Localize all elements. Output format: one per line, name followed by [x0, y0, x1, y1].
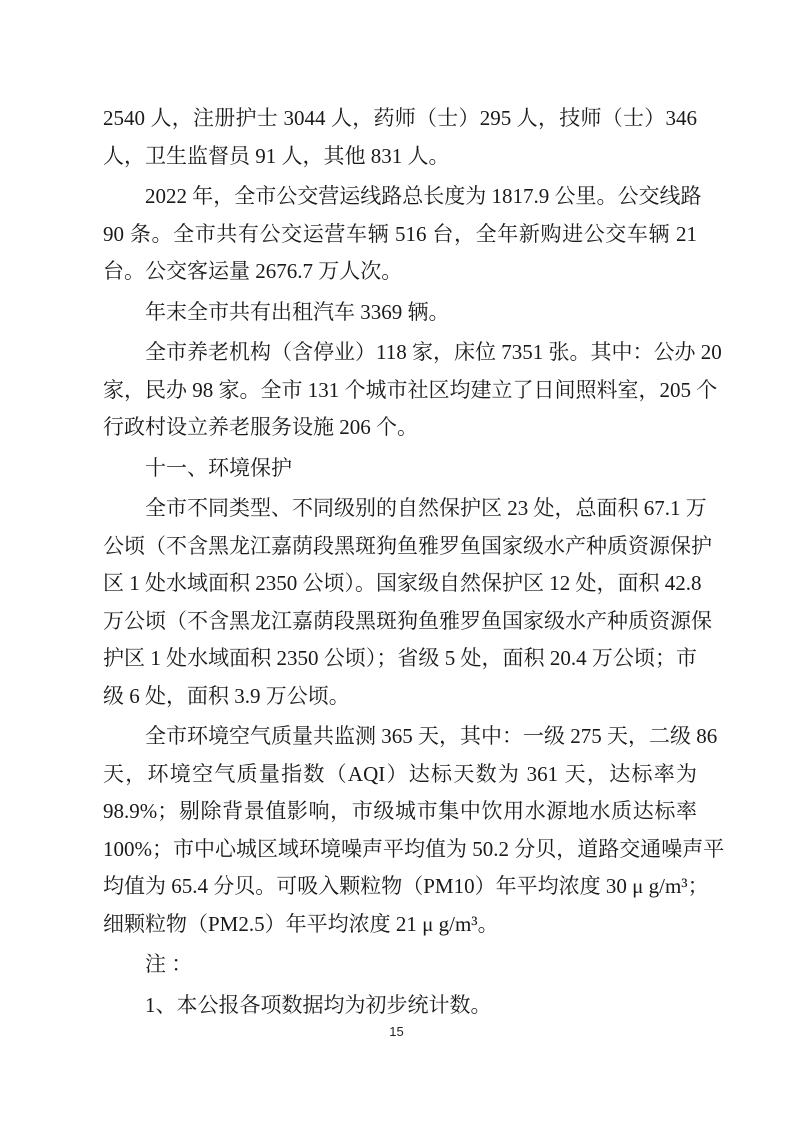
stat-air-quality: 全市环境空气质量共监测 365 天，其中：一级 275 天，二级 86天，环境空… [103, 718, 697, 943]
text-line: 全市环境空气质量共监测 365 天，其中：一级 275 天，二级 86 [103, 718, 697, 756]
note-1: 1、本公报各项数据均为初步统计数。 [103, 987, 697, 1025]
text-line: 全市养老机构（含停业）118 家，床位 7351 张。其中：公办 20 [103, 334, 697, 372]
text-line: 年末全市共有出租汽车 3369 辆。 [103, 294, 697, 332]
text-line: 1、本公报各项数据均为初步统计数。 [103, 987, 697, 1025]
text-line: 行政村设立养老服务设施 206 个。 [103, 409, 697, 447]
text-line: 人，卫生监督员 91 人，其他 831 人。 [103, 138, 697, 176]
text-line: 2022 年，全市公交营运线路总长度为 1817.9 公里。公交线路 [103, 178, 697, 216]
stat-nature-reserves: 全市不同类型、不同级别的自然保护区 23 处，总面积 67.1 万公顷（不含黑龙… [103, 490, 697, 715]
text-line: 98.9%；剔除背景值影响，市级城市集中饮用水源地水质达标率 [103, 793, 697, 831]
text-line: 十一、环境保护 [103, 450, 697, 488]
text-line: 细颗粒物（PM2.5）年平均浓度 21 μ g/m³。 [103, 906, 697, 944]
text-line: 全市不同类型、不同级别的自然保护区 23 处，总面积 67.1 万 [103, 490, 697, 528]
text-line: 天，环境空气质量指数（AQI）达标天数为 361 天，达标率为 [103, 756, 697, 794]
stat-health-personnel: 2540 人，注册护士 3044 人，药师（士）295 人，技师（士）346人，… [103, 100, 697, 175]
stat-taxi: 年末全市共有出租汽车 3369 辆。 [103, 294, 697, 332]
text-line: 台。公交客运量 2676.7 万人次。 [103, 253, 697, 291]
text-line: 2540 人，注册护士 3044 人，药师（士）295 人，技师（士）346 [103, 100, 697, 138]
stat-public-transport: 2022 年，全市公交营运线路总长度为 1817.9 公里。公交线路90 条。全… [103, 178, 697, 291]
text-line: 家，民办 98 家。全市 131 个城市社区均建立了日间照料室，205 个 [103, 372, 697, 410]
text-line: 公顷（不含黑龙江嘉荫段黑斑狗鱼雅罗鱼国家级水产种质资源保护 [103, 528, 697, 566]
section-heading-environment: 十一、环境保护 [103, 450, 697, 488]
text-line: 区 1 处水域面积 2350 公顷）。国家级自然保护区 12 处，面积 42.8 [103, 565, 697, 603]
text-line: 级 6 处，面积 3.9 万公顷。 [103, 678, 697, 716]
text-line: 均值为 65.4 分贝。可吸入颗粒物（PM10）年平均浓度 30 μ g/m³； [103, 868, 697, 906]
text-line: 万公顷（不含黑龙江嘉荫段黑斑狗鱼雅罗鱼国家级水产种质资源保 [103, 603, 697, 641]
page-number: 15 [0, 1024, 793, 1039]
text-line: 注 ： [103, 946, 697, 984]
stat-elder-care: 全市养老机构（含停业）118 家，床位 7351 张。其中：公办 20家，民办 … [103, 334, 697, 447]
text-line: 90 条。全市共有公交运营车辆 516 台，全年新购进公交车辆 21 [103, 216, 697, 254]
text-line: 100%；市中心城区域环境噪声平均值为 50.2 分贝，道路交通噪声平 [103, 831, 697, 869]
document-body: 2540 人，注册护士 3044 人，药师（士）295 人，技师（士）346人，… [103, 100, 697, 1024]
document-page: 2540 人，注册护士 3044 人，药师（士）295 人，技师（士）346人，… [0, 0, 793, 1122]
notes-label: 注 ： [103, 946, 697, 984]
text-line: 护区 1 处水域面积 2350 公顷）；省级 5 处，面积 20.4 万公顷；市 [103, 640, 697, 678]
